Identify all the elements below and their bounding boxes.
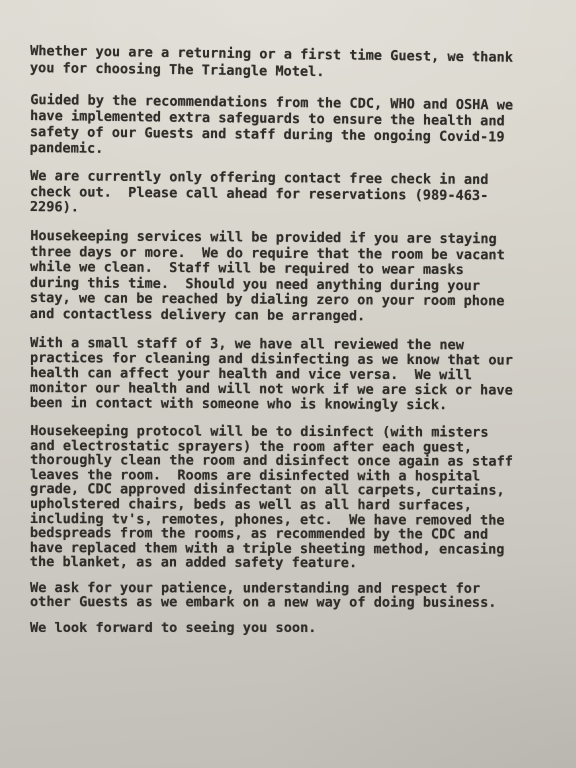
- letter-paragraph-closing: We look forward to seeing you soon.: [30, 621, 552, 635]
- letter-page: Whether you are a returning or a first t…: [0, 0, 576, 768]
- letter-paragraph-staff: With a small staff of 3, we have all rev…: [30, 336, 552, 414]
- letter-paragraph-welcome: Whether you are a returning or a first t…: [30, 43, 552, 83]
- letter-paragraph-housekeeping-protocol: Housekeeping protocol will be to disinfe…: [30, 424, 553, 572]
- letter-paragraph-guidelines: Guided by the recommendations from the C…: [30, 92, 553, 162]
- letter-paragraph-housekeeping-services: Housekeeping services will be provided i…: [30, 229, 553, 326]
- letter-paragraph-patience: We ask for your patience, understanding …: [30, 581, 552, 610]
- letter-photo: Whether you are a returning or a first t…: [0, 0, 576, 768]
- letter-paragraph-checkin: We are currently only offering contact f…: [30, 169, 552, 220]
